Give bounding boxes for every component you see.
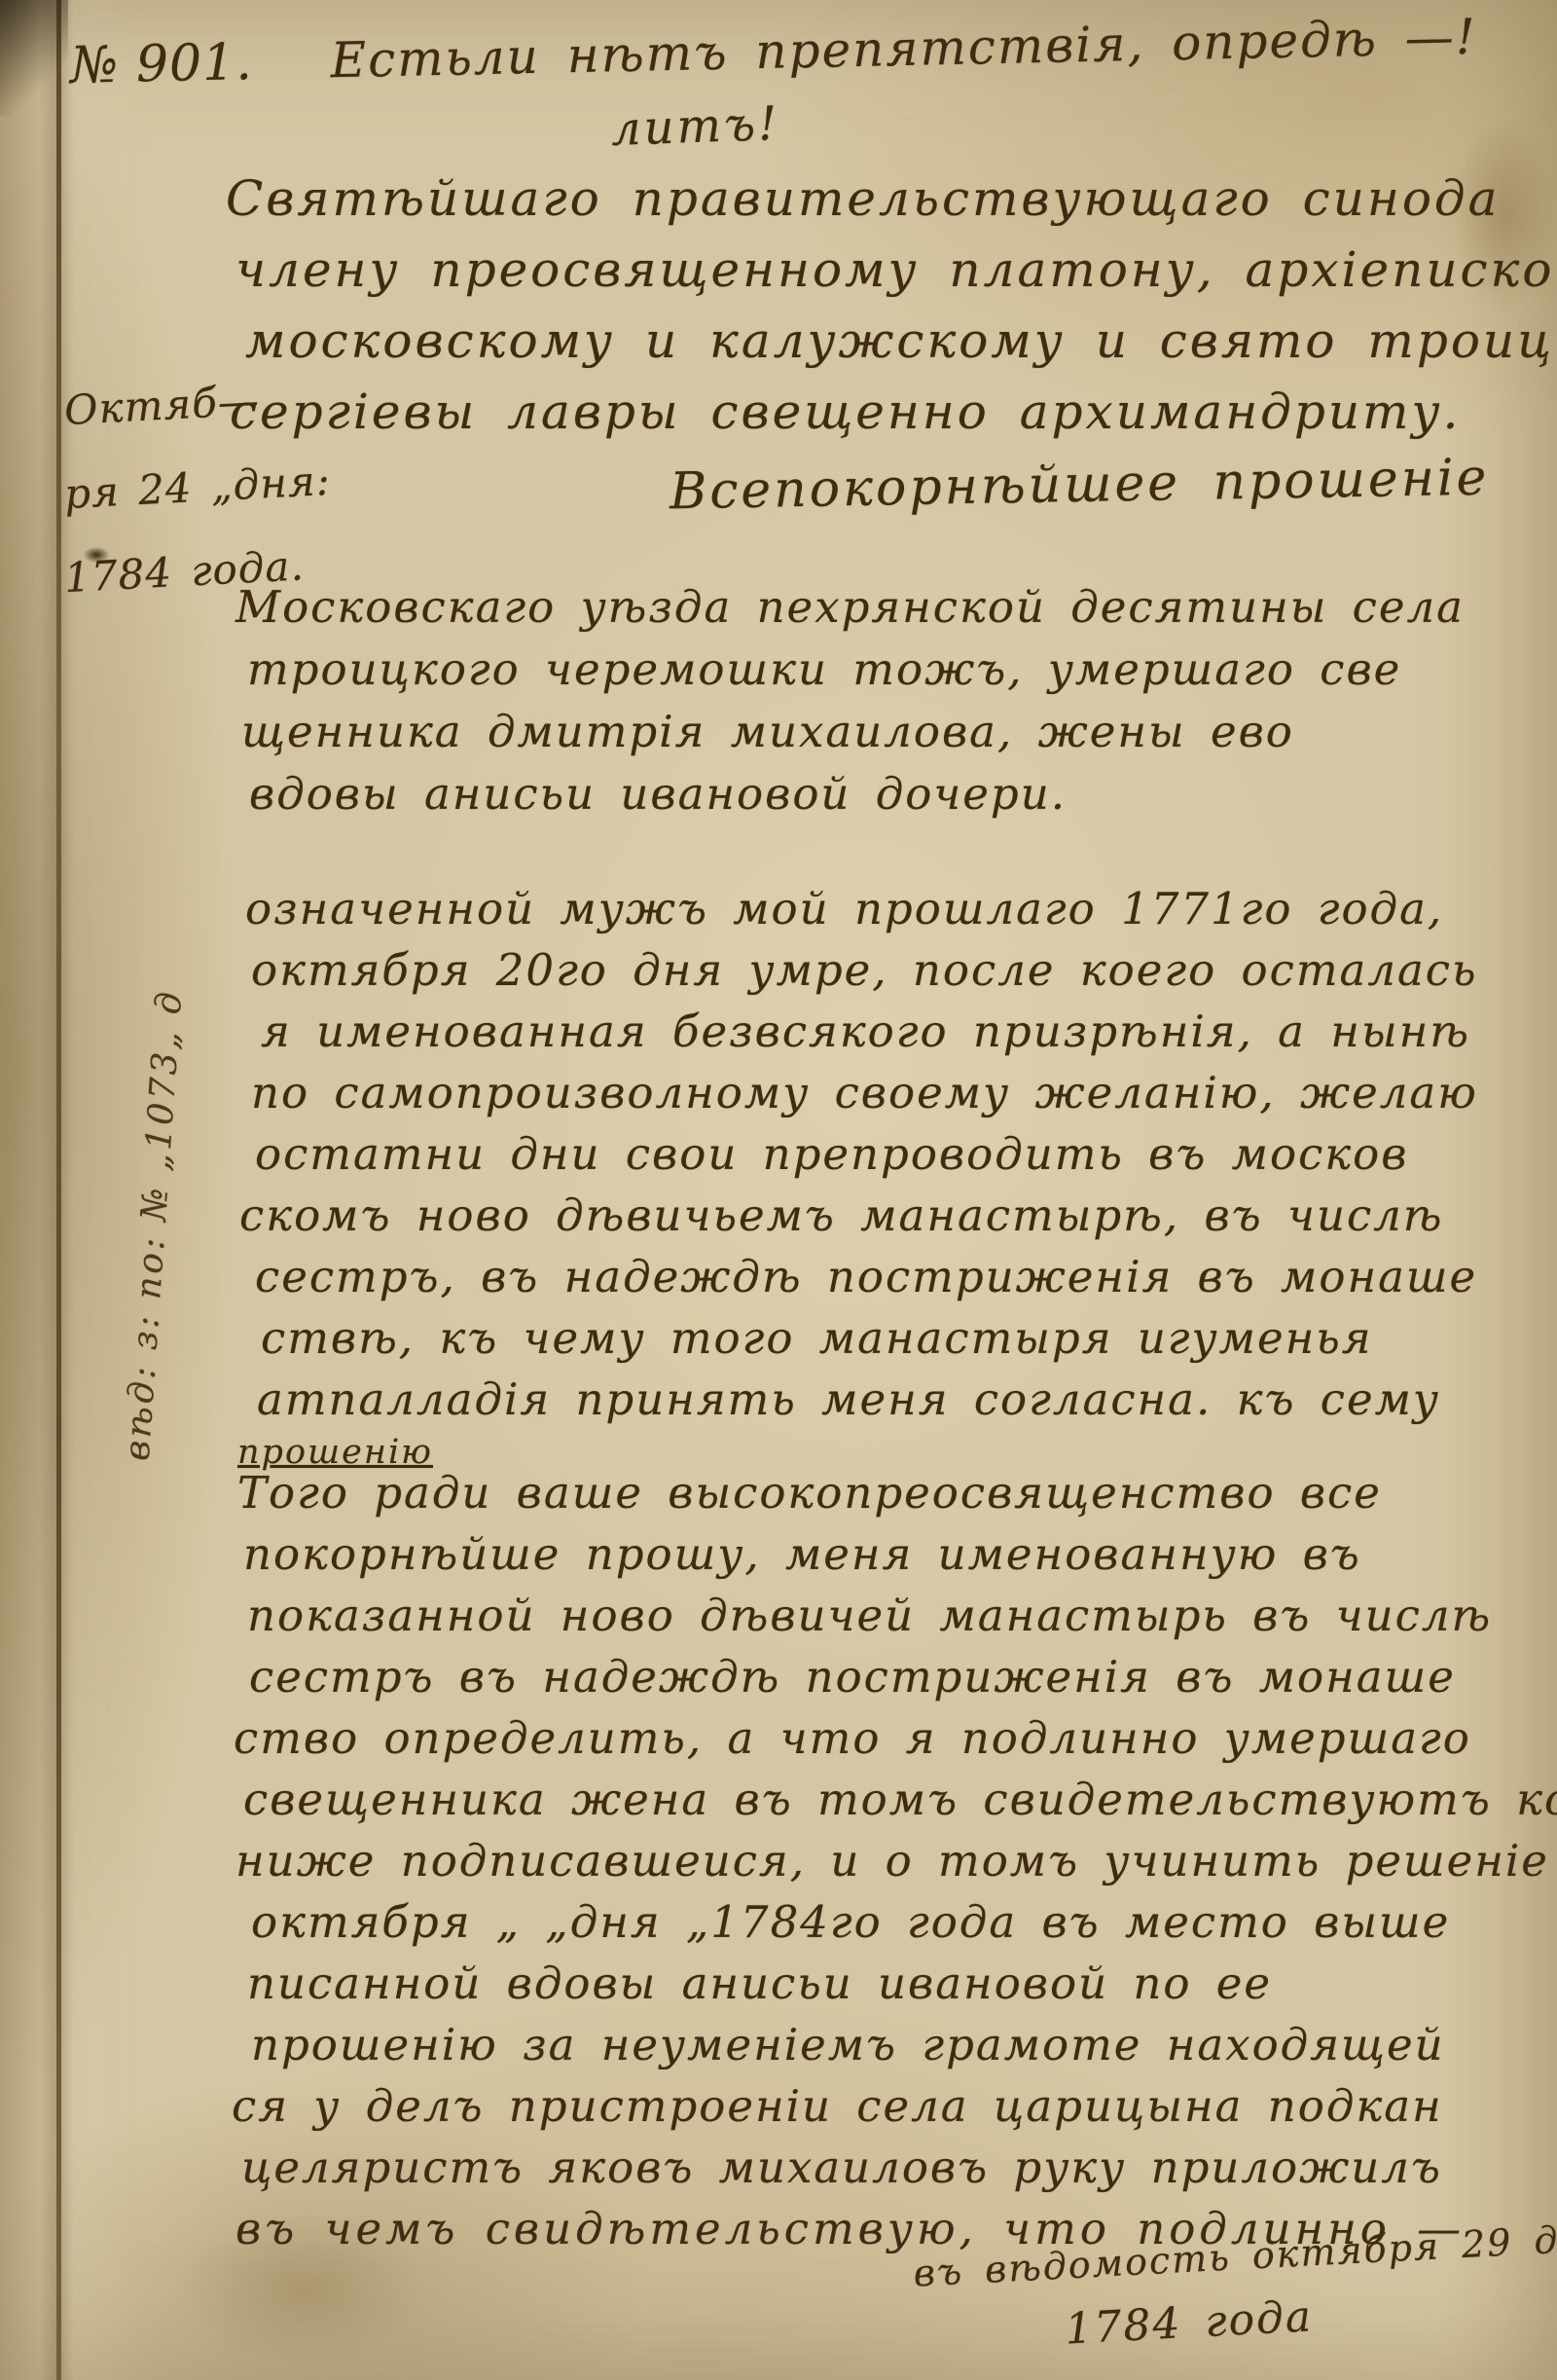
binding-crease — [56, 0, 61, 2380]
resolution-text: Естьли нѣтъ препятствія, опредѣ —! — [330, 9, 1477, 90]
manuscript-line: ниже подписавшеися, и о томъ учинить реш… — [235, 1830, 1557, 1891]
manuscript-line: октября 20го дня умре, после коего остал… — [251, 939, 1478, 1001]
manuscript-line: скомъ ново дѣвичьемъ манастырѣ, въ числѣ — [239, 1185, 1478, 1246]
manuscript-line: писанной вдовы анисьи ивановой по ее — [247, 1953, 1557, 2014]
paragraph-petitioner: Московскаго уѣзда пехрянской десятины се… — [235, 576, 1465, 825]
manuscript-line: означенной мужъ мой прошлаго 1771го года… — [245, 878, 1478, 939]
manuscript-line: целяристъ яковъ михаиловъ руку приложилъ — [241, 2137, 1557, 2198]
manuscript-line: вдовы анисьи ивановой дочери. — [249, 763, 1465, 825]
manuscript-line: Октяб— — [62, 355, 333, 453]
manuscript-line: члену преосвященному платону, архіеписко… — [235, 235, 1557, 306]
manuscript-line: октября „ „дня „1784го года въ место выш… — [251, 1891, 1557, 1953]
paragraph-circumstances: означенной мужъ мой прошлаго 1771го года… — [245, 878, 1478, 1483]
resolution-line: № 901.Естьли нѣтъ препятствія, опредѣ —! — [70, 6, 1550, 95]
resolution-line-2: литъ! — [610, 96, 780, 157]
manuscript-line: остатни дни свои препроводить въ москов — [255, 1123, 1478, 1185]
manuscript-line: Московскаго уѣзда пехрянской десятины се… — [235, 576, 1465, 639]
manuscript-line: свещенника жена въ томъ свидетельствуютъ… — [243, 1769, 1557, 1830]
manuscript-line: покорнѣйше прошу, меня именованную въ — [243, 1523, 1557, 1585]
manuscript-page: № 901.Естьли нѣтъ препятствія, опредѣ —!… — [0, 0, 1557, 2380]
manuscript-line: Святѣйшаго правительствующаго синода — [226, 164, 1557, 235]
corner-shadow — [0, 0, 68, 117]
manuscript-line: ся у делъ пристроеніи села царицына подк… — [232, 2075, 1557, 2137]
manuscript-line: троицкого черемошки тожъ, умершаго све — [247, 639, 1465, 701]
address-heading: Святѣйшаго правительствующаго синодачлен… — [226, 164, 1557, 448]
petition-title: Всепокорнѣйшее прошеніе — [670, 449, 1490, 522]
manuscript-line: щенника дмитрія михаилова, жены ево — [241, 701, 1465, 763]
manuscript-line: московскому и калужскому и свято троицкі… — [245, 306, 1557, 377]
manuscript-line: сестръ въ надеждѣ постриженія въ монаше — [249, 1646, 1557, 1707]
vertical-archival-note: вѣд: з: по: № „1073„ д — [112, 913, 196, 1537]
manuscript-line: ря 24 „дня: — [62, 439, 333, 536]
manuscript-line: Того ради ваше высокопреосвященство все — [237, 1462, 1557, 1523]
paragraph-request: Того ради ваше высокопреосвященство всеп… — [237, 1462, 1557, 2259]
manuscript-line: ствѣ, къ чему того манастыря игуменья — [261, 1307, 1478, 1369]
bottom-date-note: въ вѣдомость октября 29 дня1784 года — [912, 2213, 1463, 2369]
manuscript-line: ство определить, а что я подлинно умерша… — [234, 1707, 1557, 1769]
manuscript-line: показанной ново дѣвичей манастырь въ чис… — [247, 1585, 1557, 1646]
manuscript-line: я именованная безвсякого призрѣнія, а ны… — [261, 1001, 1478, 1062]
manuscript-line: по самопроизволному своему желанію, жела… — [251, 1062, 1478, 1123]
manuscript-line: сергіевы лавры свещенно архимандриту. — [230, 377, 1557, 448]
document-number: № 901. — [70, 33, 254, 95]
manuscript-line: сестръ, въ надеждѣ постриженія въ монаше — [255, 1246, 1478, 1307]
manuscript-line: прошенію за неуменіемъ грамоте находящей — [251, 2014, 1557, 2075]
manuscript-line: атпалладія принять меня согласна. къ сем… — [257, 1369, 1478, 1430]
